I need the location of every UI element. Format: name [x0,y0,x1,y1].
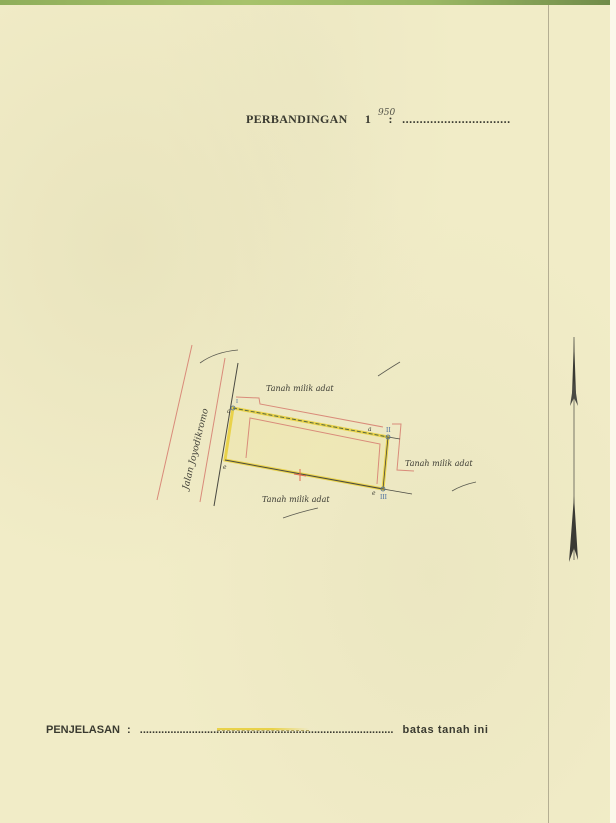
corner-mark: a [368,426,372,433]
explanation-tail: batas tanah ini [403,724,489,736]
explanation-line: PENJELASAN : ...........................… [46,724,489,736]
leader-mark [452,482,476,491]
point-label: I [236,399,238,405]
explanation-separator: : [127,724,131,736]
leader-mark [283,508,318,518]
neighbor-label-east: Tanah milik adat [405,459,473,468]
neighbor-label-south: Tanah milik adat [262,495,330,504]
corner-mark: e [372,490,376,497]
neighbor-label-north: Tanah milik adat [266,384,334,393]
north-arrow-icon [569,337,578,562]
leader-mark [378,362,400,376]
explanation-label: PENJELASAN [46,724,120,736]
extension-line [383,489,412,494]
corner-mark: a [227,408,231,415]
street-label: Jalan Joyodikromo [181,407,211,493]
explanation-dots: ........................................… [140,724,394,736]
point-label: III [380,493,388,501]
corner-mark: e [223,464,227,471]
point-label: II [386,426,391,434]
land-plot-sketch: I II III a a e e Tanah milik adat Tanah … [0,0,616,823]
leader-mark [200,350,238,363]
document-page: PERBANDINGAN 1 : .......................… [0,0,616,823]
